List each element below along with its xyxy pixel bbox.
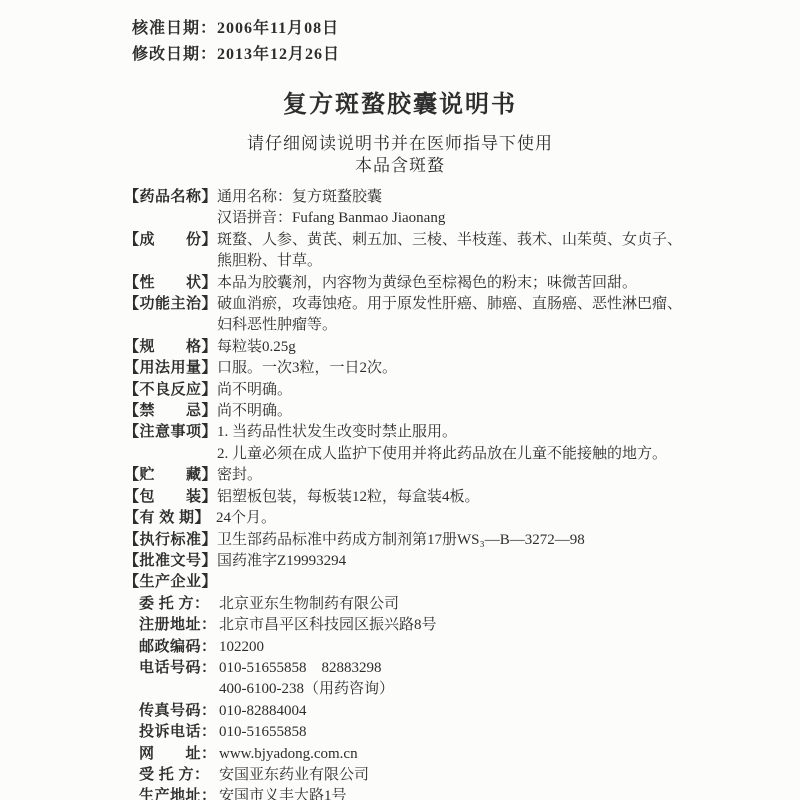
section-content: 国药准字Z19993294 xyxy=(217,551,744,572)
section-label: 【药品名称】 xyxy=(124,187,217,208)
row-value: www.bjyadong.com.cn xyxy=(219,744,744,765)
section-content: 24个月。 xyxy=(216,508,744,529)
section-line: 卫生部药品标准中药成方制剂第17册WS₃—B—3272—98 xyxy=(217,530,744,551)
manufacturer-details: 委 托 方： 北京亚东生物制药有限公司 注册地址： 北京市昌平区科技园区振兴路8… xyxy=(124,594,744,800)
manufacturer-row-fax: 传真号码： 010-82884004 xyxy=(124,701,744,722)
section-ingredients: 【成 份】 斑蝥、人参、黄芪、刺五加、三棱、半枝莲、莪术、山茱萸、女贞子、 熊胆… xyxy=(124,230,744,273)
row-label: 邮政编码： xyxy=(139,637,219,658)
row-label: 网 址： xyxy=(139,744,219,765)
section-label: 【包 装】 xyxy=(124,487,217,508)
section-line: 通用名称：复方斑蝥胶囊 xyxy=(217,187,744,208)
section-dosage: 【用法用量】 口服。一次3粒，一日2次。 xyxy=(124,358,744,379)
section-label: 【不良反应】 xyxy=(124,380,217,401)
row-value: 010-51655858 xyxy=(219,722,744,743)
section-line: 每粒装0.25g xyxy=(217,337,744,358)
section-description: 【性 状】 本品为胶囊剂，内容物为黄绿色至棕褐色的粉末；味微苦回甜。 xyxy=(124,273,744,294)
section-content: 密封。 xyxy=(217,465,744,486)
row-label: 投诉电话： xyxy=(139,722,219,743)
section-line: 24个月。 xyxy=(216,508,744,529)
manufacturer-row-hotline: 400-6100-238（用药咨询） xyxy=(124,679,744,700)
manufacturer-row-entruster: 委 托 方： 北京亚东生物制药有限公司 xyxy=(124,594,744,615)
usage-advisory-text: 请仔细阅读说明书并在医师指导下使用 xyxy=(0,133,800,155)
section-adverse-reactions: 【不良反应】 尚不明确。 xyxy=(124,380,744,401)
section-content: 斑蝥、人参、黄芪、刺五加、三棱、半枝莲、莪术、山茱萸、女贞子、 熊胆粉、甘草。 xyxy=(217,230,744,273)
row-label xyxy=(139,679,219,700)
approval-dates: 核准日期：2006年11月08日 修改日期：2013年12月26日 xyxy=(132,16,800,68)
section-label: 【生产企业】 xyxy=(124,572,217,593)
drug-leaflet-page: 核准日期：2006年11月08日 修改日期：2013年12月26日 复方斑蝥胶囊… xyxy=(0,0,800,800)
section-label: 【有 效 期】 xyxy=(124,508,216,529)
section-content: 铝塑板包装，每板装12粒，每盒装4板。 xyxy=(217,487,744,508)
section-label: 【禁 忌】 xyxy=(124,401,217,422)
section-line: 熊胆粉、甘草。 xyxy=(217,251,744,272)
section-approval-number: 【批准文号】 国药准字Z19993294 xyxy=(124,551,744,572)
section-label: 【注意事项】 xyxy=(124,422,217,443)
section-drug-name: 【药品名称】 通用名称：复方斑蝥胶囊 汉语拼音：Fufang Banmao Ji… xyxy=(124,187,744,230)
section-line: 破血消瘀，攻毒蚀疮。用于原发性肝癌、肺癌、直肠癌、恶性淋巴瘤、 xyxy=(217,294,744,315)
manufacturer-row-phone: 电话号码： 010-51655858 82883298 xyxy=(124,658,744,679)
section-content: 尚不明确。 xyxy=(217,401,744,422)
section-line: 尚不明确。 xyxy=(217,380,744,401)
row-label: 受 托 方： xyxy=(139,765,219,786)
section-content: 卫生部药品标准中药成方制剂第17册WS₃—B—3272—98 xyxy=(217,530,744,551)
row-value: 北京亚东生物制药有限公司 xyxy=(219,594,744,615)
section-label: 【批准文号】 xyxy=(124,551,217,572)
section-line: 国药准字Z19993294 xyxy=(217,551,744,572)
leaflet-sections: 【药品名称】 通用名称：复方斑蝥胶囊 汉语拼音：Fufang Banmao Ji… xyxy=(124,187,744,800)
section-line: 口服。一次3粒，一日2次。 xyxy=(217,358,744,379)
section-strength: 【规 格】 每粒装0.25g xyxy=(124,337,744,358)
section-content: 本品为胶囊剂，内容物为黄绿色至棕褐色的粉末；味微苦回甜。 xyxy=(217,273,744,294)
section-content: 尚不明确。 xyxy=(217,380,744,401)
section-precautions: 【注意事项】 1. 当药品性状发生改变时禁止服用。 2. 儿童必须在成人监护下使… xyxy=(124,422,744,465)
section-storage: 【贮 藏】 密封。 xyxy=(124,465,744,486)
section-indications: 【功能主治】 破血消瘀，攻毒蚀疮。用于原发性肝癌、肺癌、直肠癌、恶性淋巴瘤、 妇… xyxy=(124,294,744,337)
section-line: 本品为胶囊剂，内容物为黄绿色至棕褐色的粉末；味微苦回甜。 xyxy=(217,273,744,294)
section-line: 密封。 xyxy=(217,465,744,486)
section-label: 【贮 藏】 xyxy=(124,465,217,486)
section-manufacturer-header: 【生产企业】 xyxy=(124,572,744,593)
section-line: 妇科恶性肿瘤等。 xyxy=(217,315,744,336)
contains-banmao-warning: 本品含斑蝥 xyxy=(0,155,800,177)
section-line: 尚不明确。 xyxy=(217,401,744,422)
row-label: 传真号码： xyxy=(139,701,219,722)
section-label: 【规 格】 xyxy=(124,337,217,358)
row-label: 委 托 方： xyxy=(139,594,219,615)
manufacturer-row-production-address: 生产地址： 安国市义丰大路1号 xyxy=(124,786,744,800)
section-label: 【执行标准】 xyxy=(124,530,217,551)
row-value: 102200 xyxy=(219,637,744,658)
revision-date-value: 2013年12月26日 xyxy=(217,46,340,63)
section-content: 每粒装0.25g xyxy=(217,337,744,358)
section-label: 【功能主治】 xyxy=(124,294,217,315)
manufacturer-row-complaint-phone: 投诉电话： 010-51655858 xyxy=(124,722,744,743)
section-line: 斑蝥、人参、黄芪、刺五加、三棱、半枝莲、莪术、山茱萸、女贞子、 xyxy=(217,230,744,251)
section-line: 2. 儿童必须在成人监护下使用并将此药品放在儿童不能接触的地方。 xyxy=(217,444,744,465)
document-title: 复方斑蝥胶囊说明书 xyxy=(0,84,800,119)
section-packaging: 【包 装】 铝塑板包装，每板装12粒，每盒装4板。 xyxy=(124,487,744,508)
section-line: 汉语拼音：Fufang Banmao Jiaonang xyxy=(217,208,744,229)
section-label: 【用法用量】 xyxy=(124,358,217,379)
section-content: 1. 当药品性状发生改变时禁止服用。 2. 儿童必须在成人监护下使用并将此药品放… xyxy=(217,422,744,465)
section-label: 【成 份】 xyxy=(124,230,217,251)
manufacturer-row-postcode: 邮政编码： 102200 xyxy=(124,637,744,658)
row-value: 010-51655858 82883298 xyxy=(219,658,744,679)
row-value: 安国亚东药业有限公司 xyxy=(219,765,744,786)
row-value: 安国市义丰大路1号 xyxy=(219,786,744,800)
section-line: 铝塑板包装，每板装12粒，每盒装4板。 xyxy=(217,487,744,508)
row-value: 400-6100-238（用药咨询） xyxy=(219,679,744,700)
row-value: 北京市昌平区科技园区振兴路8号 xyxy=(219,615,744,636)
row-label: 生产地址： xyxy=(139,786,219,800)
section-standard: 【执行标准】 卫生部药品标准中药成方制剂第17册WS₃—B—3272—98 xyxy=(124,530,744,551)
section-content: 口服。一次3粒，一日2次。 xyxy=(217,358,744,379)
revision-date-line: 修改日期：2013年12月26日 xyxy=(132,42,800,68)
approval-date-value: 2006年11月08日 xyxy=(217,20,339,37)
section-line: 1. 当药品性状发生改变时禁止服用。 xyxy=(217,422,744,443)
manufacturer-row-website: 网 址： www.bjyadong.com.cn xyxy=(124,744,744,765)
manufacturer-row-entrustee: 受 托 方： 安国亚东药业有限公司 xyxy=(124,765,744,786)
approval-date-label: 核准日期： xyxy=(132,20,217,37)
section-shelf-life: 【有 效 期】 24个月。 xyxy=(124,508,744,529)
section-label: 【性 状】 xyxy=(124,273,217,294)
row-label: 注册地址： xyxy=(139,615,219,636)
revision-date-label: 修改日期： xyxy=(132,46,217,63)
section-content: 破血消瘀，攻毒蚀疮。用于原发性肝癌、肺癌、直肠癌、恶性淋巴瘤、 妇科恶性肿瘤等。 xyxy=(217,294,744,337)
manufacturer-row-registered-address: 注册地址： 北京市昌平区科技园区振兴路8号 xyxy=(124,615,744,636)
approval-date-line: 核准日期：2006年11月08日 xyxy=(132,16,800,42)
row-label: 电话号码： xyxy=(139,658,219,679)
section-content: 通用名称：复方斑蝥胶囊 汉语拼音：Fufang Banmao Jiaonang xyxy=(217,187,744,230)
section-contraindications: 【禁 忌】 尚不明确。 xyxy=(124,401,744,422)
row-value: 010-82884004 xyxy=(219,701,744,722)
